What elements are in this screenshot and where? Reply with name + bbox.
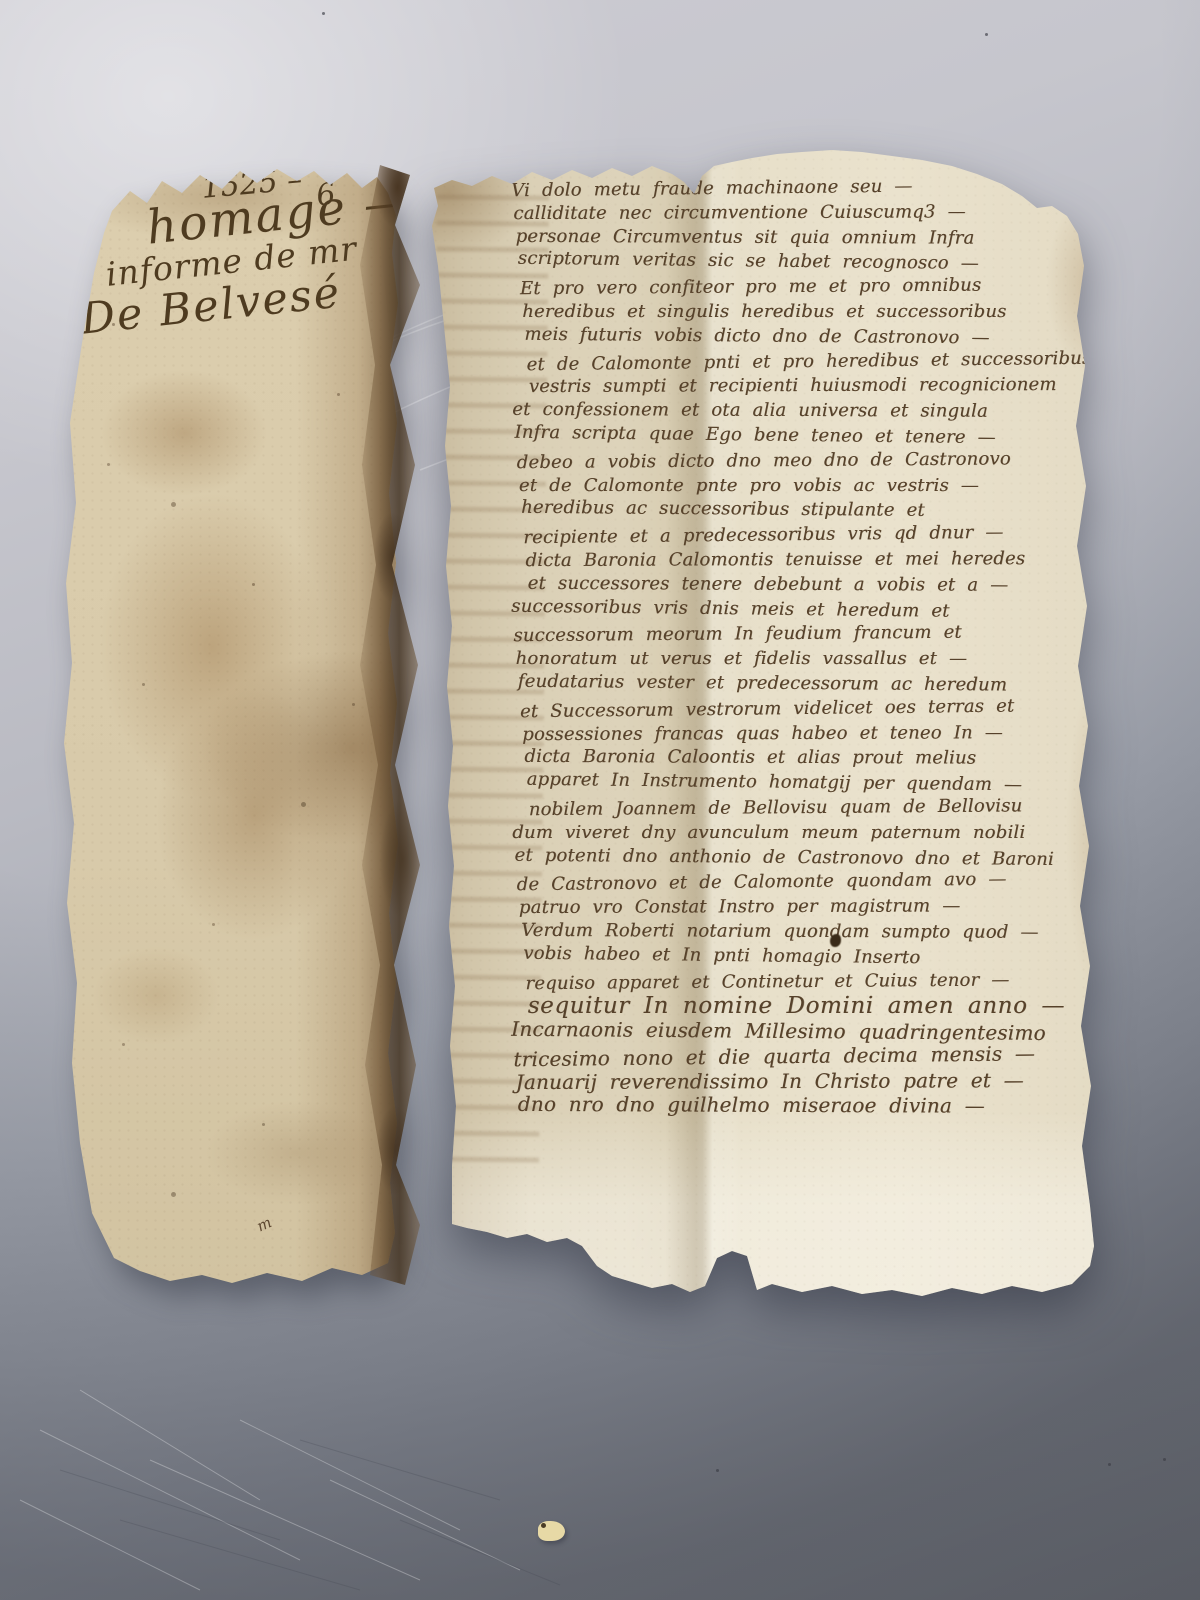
dust-speck: [1108, 1463, 1111, 1466]
manuscript-line: debeo a vobis dicto dno meo dno de Castr…: [517, 447, 1087, 476]
dust-speck: [1163, 1458, 1166, 1461]
manuscript-line: nobilem Joannem de Bellovisu quam de Bel…: [529, 794, 1099, 823]
manuscript-line: patruo vro Constat Instro per magistrum …: [519, 894, 1089, 921]
page-mark: m: [254, 1213, 274, 1235]
manuscript-cover-page: 1525 – 6 homage — informe de mr De Belve…: [52, 163, 400, 1288]
manuscript-line: vestris sumpti et recipienti huiusmodi r…: [529, 373, 1099, 400]
photo-of-manuscript: 1525 – 6 homage — informe de mr De Belve…: [0, 0, 1200, 1600]
dust-speck: [322, 12, 325, 15]
manuscript-text-page: Vi dolo metu fraude machinaone seu —call…: [422, 146, 1098, 1296]
manuscript-line: et de Calomonte pnte pro vobis ac vestri…: [519, 474, 1089, 499]
dust-speck: [716, 1469, 719, 1472]
manuscript-line: Januarij reverendissimo In Christo patre…: [516, 1068, 1086, 1095]
paper-crumb: [538, 1521, 565, 1541]
manuscript-line: possessiones francas quas habeo et teneo…: [522, 720, 1092, 747]
manuscript-line: et successores tenere debebunt a vobis e…: [528, 572, 1098, 599]
manuscript-line: dicta Baronia Calomontis tenuisse et mei…: [525, 547, 1095, 574]
manuscript-line: calliditate nec circumventione Cuiuscumq…: [513, 200, 1083, 227]
manuscript-line: dno nro dno guilhelmo miseraoe divina —: [518, 1092, 1088, 1119]
manuscript-line: sequitur In nomine Domini amen anno —: [528, 994, 1098, 1019]
manuscript-line: et Successorum vestrorum videlicet oes t…: [520, 693, 1090, 724]
manuscript-line: requiso apparet et Continetur et Cuius t…: [525, 967, 1095, 996]
manuscript-line: dum viveret dny avunculum meum paternum …: [512, 821, 1082, 846]
manuscript-line: successorum meorum In feudium francum et: [513, 620, 1083, 649]
dust-speck: [985, 33, 988, 36]
manuscript-line: Et pro vero confiteor pro me et pro omni…: [520, 273, 1090, 302]
manuscript-text-block: Vi dolo metu fraude machinaone seu —call…: [520, 176, 1090, 1118]
manuscript-line: honoratum ut verus et fidelis vassallus …: [516, 647, 1086, 672]
manuscript-line: heredibus et singulis heredibus et succe…: [522, 300, 1092, 325]
